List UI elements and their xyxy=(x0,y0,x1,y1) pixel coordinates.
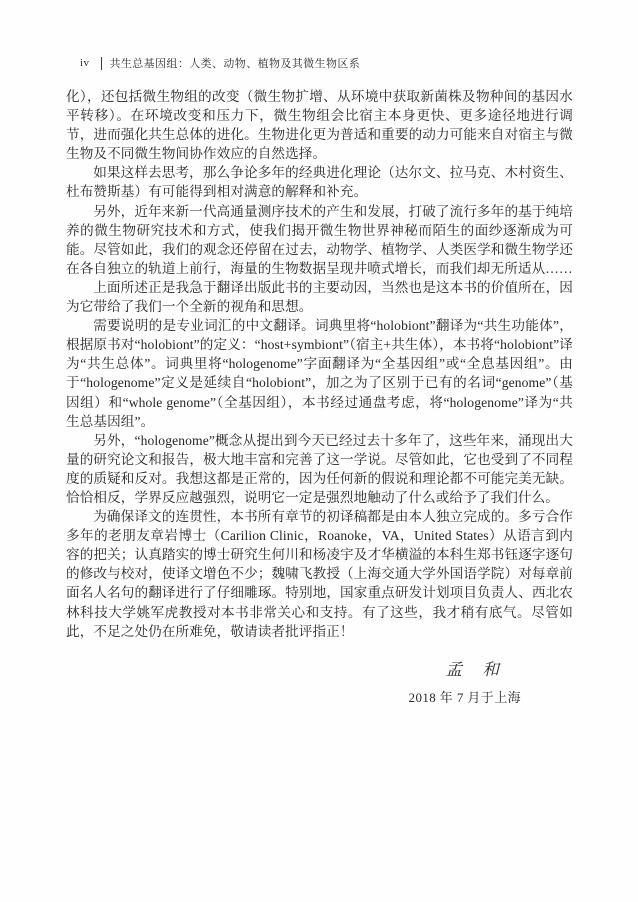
paragraph: 上面所述正是我急于翻译出版此书的主要动因，当然也是这本书的价值所在，因为它带给了… xyxy=(66,278,573,316)
header-divider-rule xyxy=(101,57,102,70)
page-number: iv xyxy=(80,57,90,69)
signature-date-place: 2018 年 7 月于上海 xyxy=(66,687,573,706)
paragraph: 另外，“hologenome”概念从提出到今天已经过去十多年了，这些年来，涌现出… xyxy=(66,431,573,507)
signature-block: 孟 和 2018 年 7 月于上海 xyxy=(66,656,573,706)
book-preface-page: iv 共生总基因组：人类、动物、植物及其微生物区系 化），还包括微生物组的改变（… xyxy=(0,0,638,902)
preface-body: 化），还包括微生物组的改变（微生物扩增、从环境中获取新菌株及物种间的基因水平转移… xyxy=(66,87,573,641)
paragraph-continuation: 化），还包括微生物组的改变（微生物扩增、从环境中获取新菌株及物种间的基因水平转移… xyxy=(66,87,573,163)
paragraph: 需要说明的是专业词汇的中文翻译。词典里将“holobiont”翻译为“共生功能体… xyxy=(66,316,573,431)
running-head: iv 共生总基因组：人类、动物、植物及其微生物区系 xyxy=(80,56,573,70)
paragraph: 为确保译文的连贯性，本书所有章节的初译稿都是由本人独立完成的。多亏合作多年的老朋… xyxy=(66,507,573,641)
paragraph: 如果这样去思考，那么争论多年的经典进化理论（达尔文、拉马克、木村资生、杜布赞斯基… xyxy=(66,163,573,201)
running-title: 共生总基因组：人类、动物、植物及其微生物区系 xyxy=(110,56,361,71)
paragraph: 另外，近年来新一代高通量测序技术的产生和发展，打破了流行多年的基于纯培养的微生物… xyxy=(66,202,573,278)
author-signature: 孟 和 xyxy=(66,656,573,680)
